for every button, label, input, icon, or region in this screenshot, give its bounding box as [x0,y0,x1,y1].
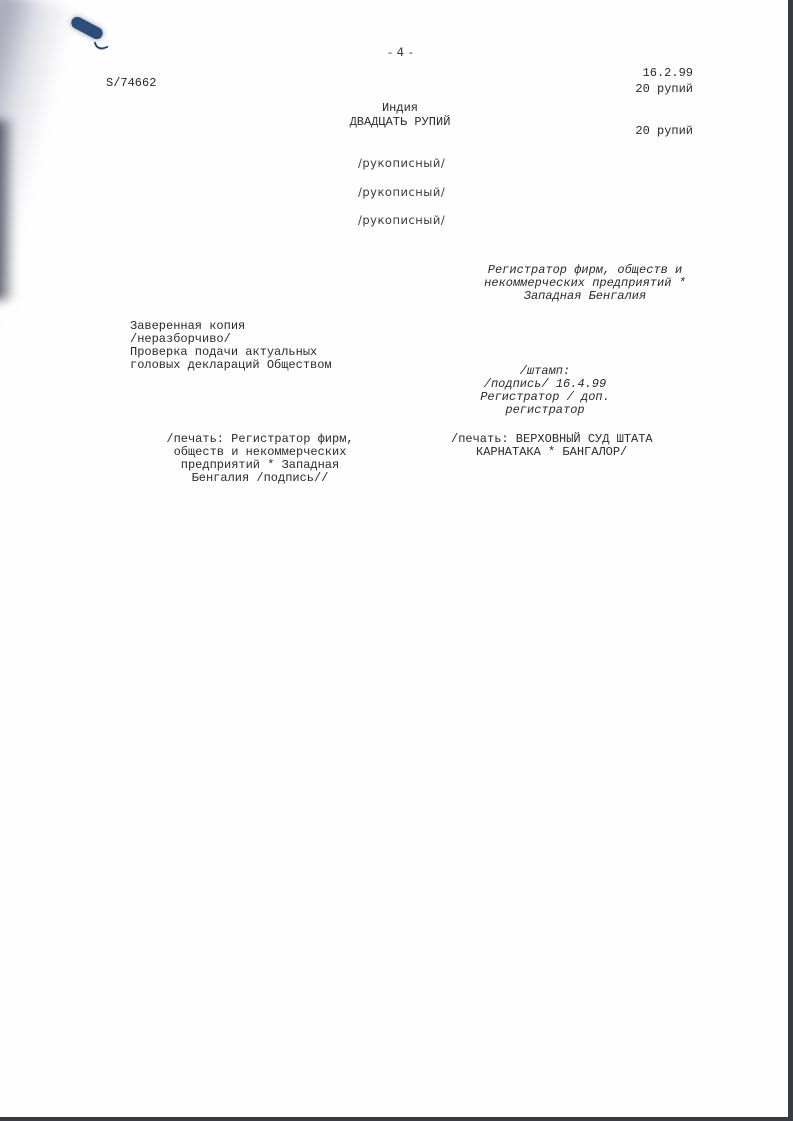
staple-tail-icon [94,38,109,52]
handwritten-note-1: /рукописный/ [358,156,445,170]
stamp-line: /подпись/ 16.4.99 [430,377,660,391]
scan-edge-right [788,0,793,1121]
amount-text-2: 20 рупий [635,124,693,138]
certified-line: Заверенная копия [130,319,245,333]
certified-line: Проверка подачи актуальных [130,345,317,359]
seal-right-line: /печать: ВЕРХОВНЫЙ СУД ШТАТА [451,432,653,446]
certified-line: /неразборчиво/ [130,332,231,346]
handwritten-note-2: /рукописный/ [358,185,445,199]
stamp-line: Регистратор / доп. [430,390,660,404]
staple-icon [69,15,105,42]
seal-left-line: предприятий * Западная [145,458,375,472]
denomination-text: ДВАДЦАТЬ РУПИЙ [300,115,500,129]
registrar-line: некоммерческих предприятий * [470,276,700,290]
reference-number: S/74662 [106,76,156,90]
scan-edge-bottom [0,1117,793,1121]
page-number: - 4 - [388,45,413,59]
registrar-line: Регистратор фирм, обществ и [470,263,700,277]
certified-line: головых деклараций Обществом [130,358,332,372]
seal-left-line: обществ и некоммерческих [145,445,375,459]
amount-text-1: 20 рупий [635,82,693,96]
date-text: 16.2.99 [643,66,693,80]
handwritten-note-3: /рукописный/ [358,213,445,227]
stamp-line: /штамп: [430,364,660,378]
country-text: Индия [300,101,500,115]
document-page: - 4 - S/74662 16.2.99 20 рупий 20 рупий … [0,0,793,1121]
seal-right-line: КАРНАТАКА * БАНГАЛОР/ [476,445,627,459]
registrar-line: Западная Бенгалия [470,289,700,303]
page-fold-dark-edge [0,120,12,300]
seal-left-line: Бенгалия /подпись// [145,471,375,485]
seal-left-line: /печать: Регистратор фирм, [145,432,375,446]
stamp-line: регистратор [430,403,660,417]
